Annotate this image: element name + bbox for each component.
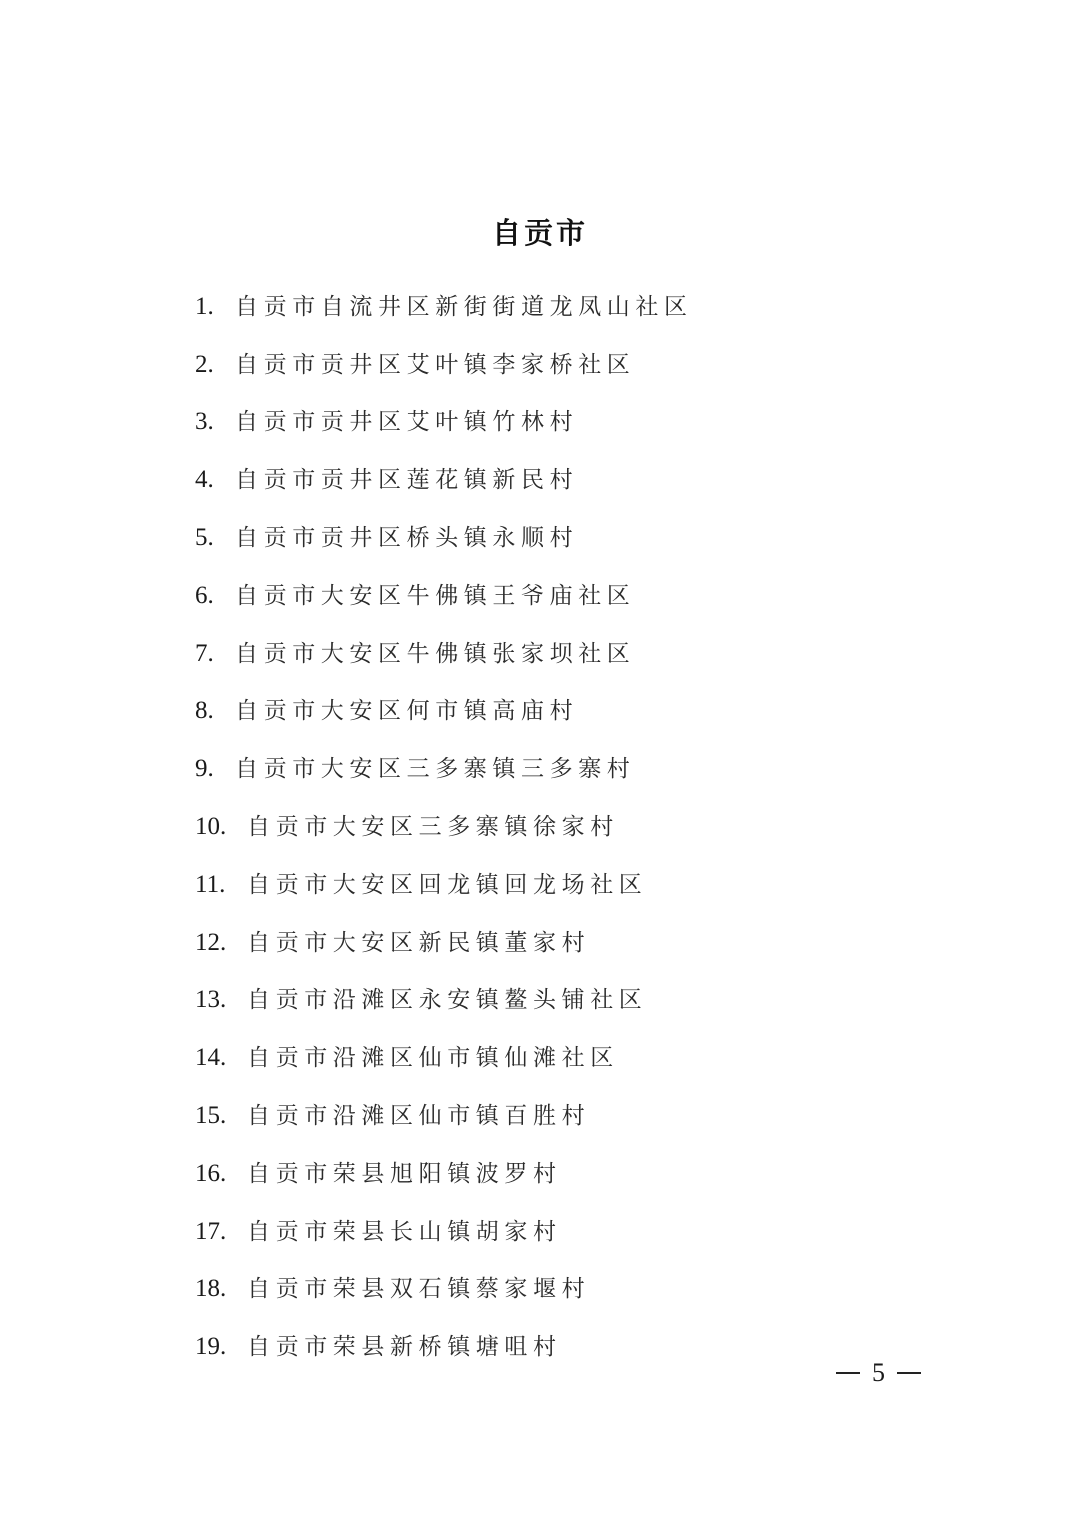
list-item: 4.自贡市贡井区莲花镇新民村 <box>195 451 693 509</box>
list-item: 19.自贡市荣县新桥镇塘咀村 <box>195 1318 693 1376</box>
item-number: 5. <box>195 516 235 560</box>
item-number: 8. <box>195 689 235 733</box>
item-number: 14. <box>195 1036 247 1080</box>
item-text: 自贡市大安区牛佛镇张家坝社区 <box>235 632 635 676</box>
list-item: 10.自贡市大安区三多寨镇徐家村 <box>195 798 693 856</box>
item-text: 自贡市大安区回龙镇回龙场社区 <box>247 863 647 907</box>
item-number: 10. <box>195 805 247 849</box>
item-text: 自贡市自流井区新街街道龙凤山社区 <box>235 285 693 329</box>
list-item: 18.自贡市荣县双石镇蔡家堰村 <box>195 1261 693 1319</box>
list-item: 12.自贡市大安区新民镇董家村 <box>195 914 693 972</box>
item-number: 4. <box>195 458 235 502</box>
item-text: 自贡市荣县新桥镇塘咀村 <box>247 1325 562 1369</box>
item-text: 自贡市贡井区桥头镇永顺村 <box>235 516 578 560</box>
list-item: 14.自贡市沿滩区仙市镇仙滩社区 <box>195 1029 693 1087</box>
list-item: 9.自贡市大安区三多寨镇三多寨村 <box>195 740 693 798</box>
list-item: 2.自贡市贡井区艾叶镇李家桥社区 <box>195 336 693 394</box>
item-text: 自贡市大安区三多寨镇徐家村 <box>247 805 619 849</box>
list-item: 3.自贡市贡井区艾叶镇竹林村 <box>195 394 693 452</box>
item-number: 6. <box>195 574 235 618</box>
dash-right <box>897 1372 921 1374</box>
list-item: 11.自贡市大安区回龙镇回龙场社区 <box>195 856 693 914</box>
item-number: 9. <box>195 747 235 791</box>
item-number: 17. <box>195 1210 247 1254</box>
item-number: 13. <box>195 978 247 1022</box>
page-number-footer: 5 <box>836 1358 921 1388</box>
list-item: 8.自贡市大安区何市镇高庙村 <box>195 683 693 741</box>
item-text: 自贡市荣县旭阳镇波罗村 <box>247 1152 562 1196</box>
list-item: 7.自贡市大安区牛佛镇张家坝社区 <box>195 625 693 683</box>
item-number: 16. <box>195 1152 247 1196</box>
item-number: 18. <box>195 1267 247 1311</box>
list-item: 15.自贡市沿滩区仙市镇百胜村 <box>195 1087 693 1145</box>
item-number: 11. <box>195 863 247 907</box>
list-item: 17.自贡市荣县长山镇胡家村 <box>195 1203 693 1261</box>
item-number: 3. <box>195 400 235 444</box>
item-text: 自贡市大安区新民镇董家村 <box>247 921 590 965</box>
item-number: 1. <box>195 285 235 329</box>
item-text: 自贡市荣县长山镇胡家村 <box>247 1210 562 1254</box>
item-number: 12. <box>195 921 247 965</box>
item-number: 19. <box>195 1325 247 1369</box>
item-text: 自贡市贡井区艾叶镇竹林村 <box>235 400 578 444</box>
item-text: 自贡市荣县双石镇蔡家堰村 <box>247 1267 590 1311</box>
page-title: 自贡市 <box>0 211 1080 255</box>
list-item: 5.自贡市贡井区桥头镇永顺村 <box>195 509 693 567</box>
item-text: 自贡市大安区牛佛镇王爷庙社区 <box>235 574 635 618</box>
item-number: 7. <box>195 632 235 676</box>
list-item: 16.自贡市荣县旭阳镇波罗村 <box>195 1145 693 1203</box>
entry-list: 1.自贡市自流井区新街街道龙凤山社区 2.自贡市贡井区艾叶镇李家桥社区 3.自贡… <box>195 278 693 1376</box>
item-text: 自贡市大安区何市镇高庙村 <box>235 689 578 733</box>
item-text: 自贡市沿滩区仙市镇百胜村 <box>247 1094 590 1138</box>
item-text: 自贡市沿滩区仙市镇仙滩社区 <box>247 1036 619 1080</box>
item-text: 自贡市贡井区艾叶镇李家桥社区 <box>235 343 635 387</box>
item-text: 自贡市贡井区莲花镇新民村 <box>235 458 578 502</box>
list-item: 1.自贡市自流井区新街街道龙凤山社区 <box>195 278 693 336</box>
item-number: 2. <box>195 343 235 387</box>
item-number: 15. <box>195 1094 247 1138</box>
page-number: 5 <box>872 1358 885 1388</box>
dash-left <box>836 1372 860 1374</box>
item-text: 自贡市大安区三多寨镇三多寨村 <box>235 747 635 791</box>
list-item: 6.自贡市大安区牛佛镇王爷庙社区 <box>195 567 693 625</box>
list-item: 13.自贡市沿滩区永安镇鳌头铺社区 <box>195 972 693 1030</box>
item-text: 自贡市沿滩区永安镇鳌头铺社区 <box>247 978 647 1022</box>
